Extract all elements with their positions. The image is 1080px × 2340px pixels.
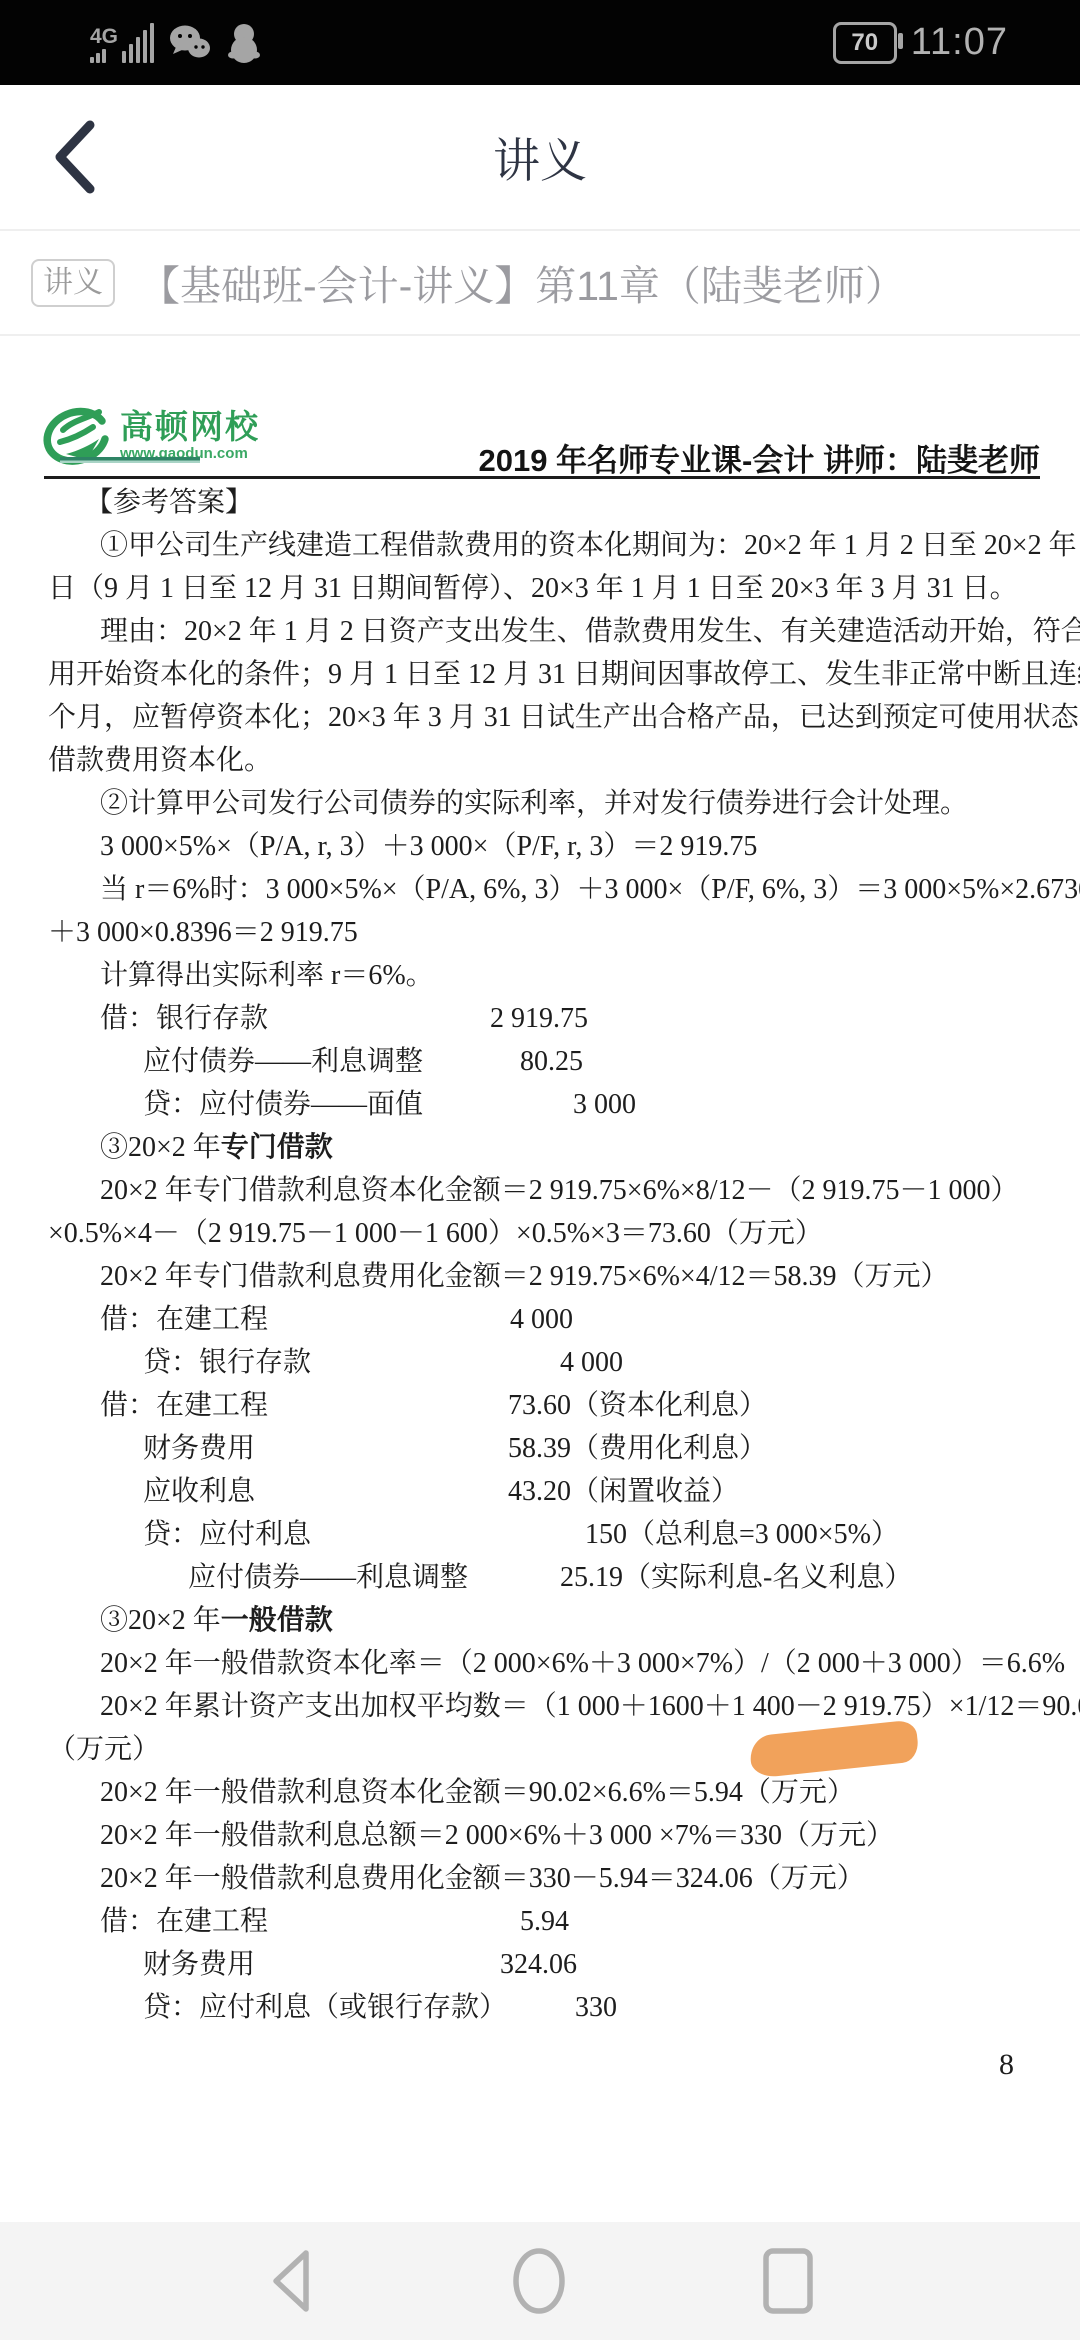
android-nav-bar: [0, 2222, 1080, 2340]
qq-icon: [226, 22, 262, 64]
doc-line-text: 20×2 年专门借款利息费用化金额＝2 919.75×6%×4/12＝58.39…: [100, 1261, 948, 1292]
nav-recents-icon[interactable]: [762, 2247, 814, 2315]
doc-line-text: 贷：应付债券——面值: [143, 1089, 423, 1120]
doc-line: 借款费用资本化。: [0, 739, 1080, 782]
doc-line: ③20×2 年一般借款: [0, 1599, 1080, 1642]
app-header: 讲义: [0, 85, 1080, 231]
doc-line: 应付债券——利息调整80.25: [0, 1040, 1080, 1083]
doc-line: ②计算甲公司发行公司债券的实际利率，并对发行债券进行会计处理。: [0, 782, 1080, 825]
doc-line: 借：在建工程4 000: [0, 1298, 1080, 1341]
battery-icon: 70: [833, 22, 897, 64]
doc-line-text: 贷：应付利息: [143, 1519, 311, 1550]
network-indicator: 4G: [90, 23, 154, 63]
doc-line-bold-text: 一般借款: [221, 1605, 333, 1636]
doc-line-text: ③20×2 年: [100, 1605, 221, 1636]
doc-line: ＋3 000×0.8396＝2 919.75: [0, 911, 1080, 954]
doc-line: 贷：应付债券——面值3 000: [0, 1083, 1080, 1126]
doc-line-text: 当 r＝6%时：3 000×5%×（P/A, 6%, 3）＋3 000×（P/F…: [100, 874, 1080, 905]
doc-line-text: ＋3 000×0.8396＝2 919.75: [48, 917, 358, 948]
entry-amount: 58.39（费用化利息）: [508, 1427, 767, 1470]
gaodun-logo-text: 高顿网校: [120, 409, 260, 445]
handout-title: 【基础班-会计-讲义】第11章（陆斐老师）: [139, 253, 906, 312]
doc-line: 20×2 年专门借款利息资本化金额＝2 919.75×6%×8/12－（2 91…: [0, 1169, 1080, 1212]
doc-line-text: 个月，应暂停资本化；20×3 年 3 月 31 日试生产出合格产品，已达到预定可…: [48, 702, 1080, 733]
battery-percent: 70: [851, 29, 878, 57]
doc-line: 借：在建工程5.94: [0, 1900, 1080, 1943]
doc-line: 计算得出实际利率 r＝6%。: [0, 954, 1080, 997]
doc-line-text: 贷：应付利息（或银行存款）: [143, 1992, 507, 2023]
wechat-icon: [168, 24, 212, 62]
status-bar-right: 70 11:07: [833, 0, 1008, 85]
doc-line-text: 理由：20×2 年 1 月 2 日资产支出发生、借款费用发生、有关建造活动开始，…: [100, 616, 1080, 647]
doc-line-text: 计算得出实际利率 r＝6%。: [100, 960, 434, 991]
doc-line: 贷：应付利息150（总利息=3 000×5%）: [0, 1513, 1080, 1556]
doc-line-text: （万元）: [48, 1734, 160, 1765]
doc-line: 理由：20×2 年 1 月 2 日资产支出发生、借款费用发生、有关建造活动开始，…: [0, 610, 1080, 653]
entry-amount: 150（总利息=3 000×5%）: [585, 1513, 899, 1556]
doc-line-text: ×0.5%×4－（2 919.75－1 000－1 600）×0.5%×3＝73…: [48, 1218, 823, 1249]
clock-text: 11:07: [911, 21, 1008, 64]
logo-underline: [60, 457, 200, 463]
entry-amount: 25.19（实际利息-名义利息）: [560, 1556, 912, 1599]
page-number: 8: [999, 2048, 1014, 2082]
entry-amount: 330: [575, 1986, 617, 2029]
doc-line-text: 20×2 年累计资产支出加权平均数＝（1 000＋1600＋1 400－2 91…: [100, 1691, 1080, 1722]
doc-line-text: 20×2 年一般借款利息资本化金额＝90.02×6.6%＝5.94（万元）: [100, 1777, 855, 1808]
doc-line: ①甲公司生产线建造工程借款费用的资本化期间为：20×2 年 1 月 2 日至 2…: [0, 524, 1080, 567]
doc-line: ③20×2 年专门借款: [0, 1126, 1080, 1169]
doc-line: 贷：银行存款4 000: [0, 1341, 1080, 1384]
entry-amount: 43.20（闲置收益）: [508, 1470, 739, 1513]
doc-line-text: 借款费用资本化。: [48, 745, 272, 776]
doc-line: （万元）: [0, 1728, 1080, 1771]
lecture-subheader: 讲义 【基础班-会计-讲义】第11章（陆斐老师）: [0, 231, 1080, 336]
doc-line: 20×2 年一般借款利息资本化金额＝90.02×6.6%＝5.94（万元）: [0, 1771, 1080, 1814]
doc-line: 借：在建工程73.60（资本化利息）: [0, 1384, 1080, 1427]
doc-line-text: ②计算甲公司发行公司债券的实际利率，并对发行债券进行会计处理。: [100, 788, 968, 819]
doc-line-text: 3 000×5%×（P/A, r, 3）＋3 000×（P/F, r, 3）＝2…: [100, 831, 757, 862]
doc-line: 20×2 年一般借款利息费用化金额＝330－5.94＝324.06（万元）: [0, 1857, 1080, 1900]
page-title: 讲义: [0, 85, 1080, 229]
doc-body: 【参考答案】①甲公司生产线建造工程借款费用的资本化期间为：20×2 年 1 月 …: [0, 481, 1080, 2029]
doc-line: 日（9 月 1 日至 12 月 31 日期间暂停）、20×3 年 1 月 1 日…: [0, 567, 1080, 610]
doc-line-text: 20×2 年一般借款资本化率＝（2 000×6%＋3 000×7%）/（2 00…: [100, 1648, 1065, 1679]
handout-tag-badge: 讲义: [31, 259, 115, 307]
entry-amount: 80.25: [520, 1040, 583, 1083]
doc-line: 应收利息43.20（闲置收益）: [0, 1470, 1080, 1513]
entry-amount: 3 000: [573, 1083, 636, 1126]
doc-line-text: 财务费用: [143, 1433, 255, 1464]
doc-line-text: 20×2 年专门借款利息资本化金额＝2 919.75×6%×8/12－（2 91…: [100, 1175, 1018, 1206]
entry-amount: 4 000: [510, 1298, 573, 1341]
doc-line-text: 日（9 月 1 日至 12 月 31 日期间暂停）、20×3 年 1 月 1 日…: [48, 573, 1018, 604]
doc-line-text: 【参考答案】: [85, 487, 253, 518]
header-rule: [44, 476, 1040, 479]
doc-line: 20×2 年一般借款利息总额＝2 000×6%＋3 000 ×7%＝330（万元…: [0, 1814, 1080, 1857]
nav-home-icon[interactable]: [512, 2247, 566, 2315]
entry-amount: 4 000: [560, 1341, 623, 1384]
doc-line: 财务费用58.39（费用化利息）: [0, 1427, 1080, 1470]
doc-line-text: 借：银行存款: [100, 1003, 268, 1034]
entry-amount: 73.60（资本化利息）: [508, 1384, 767, 1427]
network-type-label: 4G: [90, 27, 118, 47]
signal-bars-small-icon: [90, 49, 118, 63]
doc-line: 20×2 年一般借款资本化率＝（2 000×6%＋3 000×7%）/（2 00…: [0, 1642, 1080, 1685]
doc-line-text: ③20×2 年: [100, 1132, 221, 1163]
doc-line-text: ①甲公司生产线建造工程借款费用的资本化期间为：20×2 年 1 月 2 日至 2…: [100, 530, 1080, 561]
doc-line-bold-text: 专门借款: [221, 1132, 333, 1163]
doc-line: ×0.5%×4－（2 919.75－1 000－1 600）×0.5%×3＝73…: [0, 1212, 1080, 1255]
doc-line: 用开始资本化的条件；9 月 1 日至 12 月 31 日期间因事故停工、发生非正…: [0, 653, 1080, 696]
phone-screen: 4G: [0, 0, 1080, 2340]
doc-line-text: 应付债券——利息调整: [143, 1046, 423, 1077]
entry-amount: 2 919.75: [490, 997, 588, 1040]
status-bar: 4G: [0, 0, 1080, 85]
doc-line-text: 借：在建工程: [100, 1390, 268, 1421]
doc-line: 20×2 年累计资产支出加权平均数＝（1 000＋1600＋1 400－2 91…: [0, 1685, 1080, 1728]
doc-line: 【参考答案】: [0, 481, 1080, 524]
doc-line-text: 借：在建工程: [100, 1906, 268, 1937]
doc-line: 当 r＝6%时：3 000×5%×（P/A, 6%, 3）＋3 000×（P/F…: [0, 868, 1080, 911]
doc-line: 财务费用324.06: [0, 1943, 1080, 1986]
doc-line-text: 借：在建工程: [100, 1304, 268, 1335]
doc-line: 20×2 年专门借款利息费用化金额＝2 919.75×6%×4/12＝58.39…: [0, 1255, 1080, 1298]
doc-line-text: 20×2 年一般借款利息总额＝2 000×6%＋3 000 ×7%＝330（万元…: [100, 1820, 894, 1851]
status-bar-left: 4G: [90, 0, 262, 85]
doc-line: 借：银行存款2 919.75: [0, 997, 1080, 1040]
entry-amount: 5.94: [520, 1900, 569, 1943]
doc-line-text: 应收利息: [143, 1476, 255, 1507]
doc-line-text: 财务费用: [143, 1949, 255, 1980]
doc-line-text: 用开始资本化的条件；9 月 1 日至 12 月 31 日期间因事故停工、发生非正…: [48, 659, 1080, 690]
course-header-text: 2019 年名师专业课-会计 讲师：陆斐老师: [478, 435, 1040, 480]
document-viewer[interactable]: 高顿网校 www.gaodun.com 2019 年名师专业课-会计 讲师：陆斐…: [0, 338, 1080, 2222]
doc-line: 个月，应暂停资本化；20×3 年 3 月 31 日试生产出合格产品，已达到预定可…: [0, 696, 1080, 739]
doc-line: 应付债券——利息调整25.19（实际利息-名义利息）: [0, 1556, 1080, 1599]
doc-line-text: 应付债券——利息调整: [188, 1562, 468, 1593]
doc-line-text: 20×2 年一般借款利息费用化金额＝330－5.94＝324.06（万元）: [100, 1863, 865, 1894]
signal-bars-icon: [122, 23, 154, 63]
entry-amount: 324.06: [500, 1943, 577, 1986]
doc-line-text: 贷：银行存款: [143, 1347, 311, 1378]
doc-line: 贷：应付利息（或银行存款）330: [0, 1986, 1080, 2029]
doc-line: 3 000×5%×（P/A, r, 3）＋3 000×（P/F, r, 3）＝2…: [0, 825, 1080, 868]
nav-back-icon[interactable]: [266, 2247, 316, 2315]
